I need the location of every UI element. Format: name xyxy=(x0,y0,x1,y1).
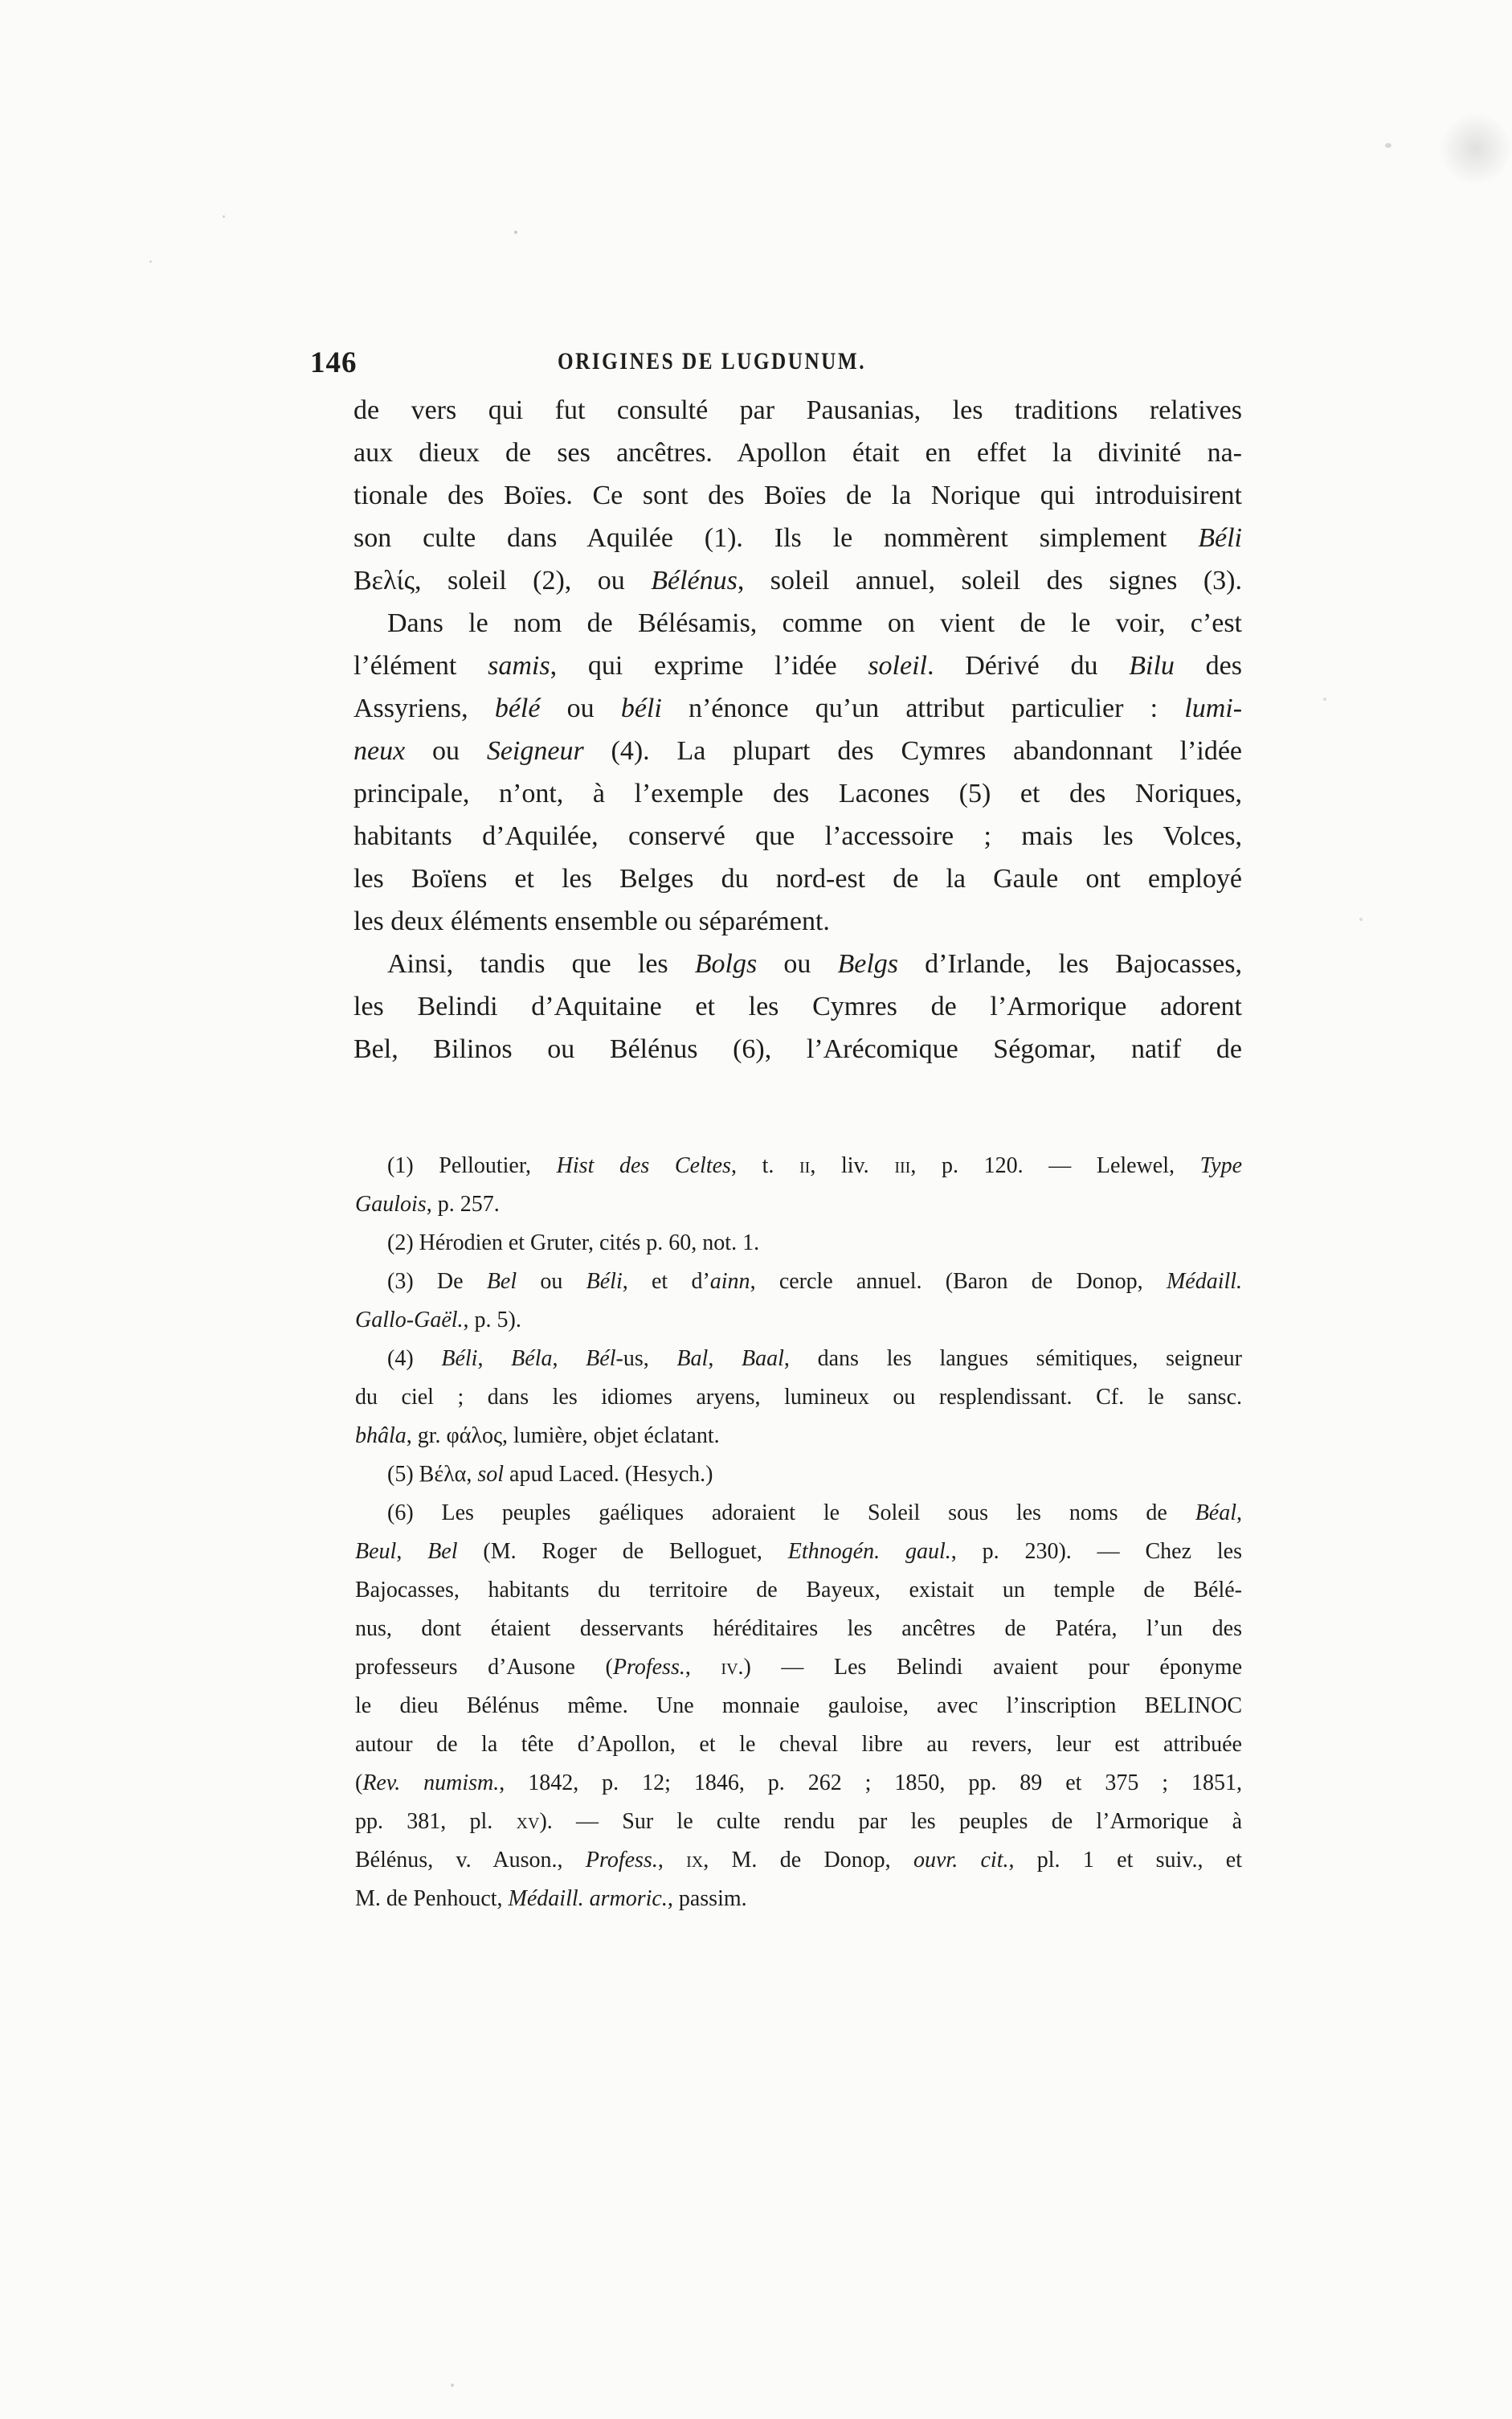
body-text-line: les deux éléments ensemble ou séparément… xyxy=(353,900,1242,943)
footnote-line: (5) Βέλα, sol apud Laced. (Hesych.) xyxy=(355,1455,1242,1494)
footnotes: (1) Pelloutier, Hist des Celtes, t. ii, … xyxy=(355,1147,1242,1918)
body-text-line: neux ou Seigneur (4). La plupart des Cym… xyxy=(353,730,1242,772)
footnote-line: (2) Hérodien et Gruter, cités p. 60, not… xyxy=(355,1224,1242,1263)
body-text-line: Dans le nom de Bélésamis, comme on vient… xyxy=(353,602,1242,645)
page-number: 146 xyxy=(310,346,358,380)
body-text-line: de vers qui fut consulté par Pausanias, … xyxy=(353,389,1242,432)
book-page: 146 ORIGINES DE LUGDUNUM. de vers qui fu… xyxy=(0,0,1512,2419)
body-text-line: Assyriens, bélé ou béli n’énonce qu’un a… xyxy=(353,687,1242,730)
footnote-line: bhâla, gr. φάλος, lumière, objet éclatan… xyxy=(355,1417,1242,1455)
body-text-line: les Boïens et les Belges du nord-est de … xyxy=(353,857,1242,900)
footnote-line: (1) Pelloutier, Hist des Celtes, t. ii, … xyxy=(355,1147,1242,1185)
scan-speck xyxy=(223,215,225,218)
body-text-line: habitants d’Aquilée, conservé que l’acce… xyxy=(353,815,1242,857)
scan-speck xyxy=(149,260,152,263)
footnote-line: Bélénus, v. Auson., Profess., ix, M. de … xyxy=(355,1841,1242,1880)
body-text-line: tionale des Boïes. Ce sont des Boïes de … xyxy=(353,474,1242,517)
footnote-line: professeurs d’Ausone (Profess., iv.) — L… xyxy=(355,1648,1242,1687)
body-text-line: l’élément samis, qui exprime l’idée sole… xyxy=(353,645,1242,687)
footnote-line: nus, dont étaient desservants héréditair… xyxy=(355,1610,1242,1648)
body-text-line: son culte dans Aquilée (1). Ils le nommè… xyxy=(353,517,1242,559)
footnote-line: (4) Béli, Béla, Bél-us, Bal, Baal, dans … xyxy=(355,1340,1242,1378)
body-text-line: aux dieux de ses ancêtres. Apollon était… xyxy=(353,432,1242,474)
footnote-line: le dieu Bélénus même. Une monnaie gauloi… xyxy=(355,1687,1242,1725)
scan-speck xyxy=(451,2384,454,2387)
scan-shade xyxy=(1440,113,1512,185)
footnote-line: du ciel ; dans les idiomes aryens, lumin… xyxy=(355,1378,1242,1417)
running-title: ORIGINES DE LUGDUNUM. xyxy=(558,348,866,375)
footnote-line: Gallo-Gaël., p. 5). xyxy=(355,1301,1242,1340)
footnote-line: M. de Penhouct, Médaill. armoric., passi… xyxy=(355,1880,1242,1918)
body-text-line: les Belindi d’Aquitaine et les Cymres de… xyxy=(353,985,1242,1028)
body-text-line: Βελίς, soleil (2), ou Bélénus, soleil an… xyxy=(353,559,1242,602)
footnote-line: (6) Les peuples gaéliques adoraient le S… xyxy=(355,1494,1242,1533)
scan-speck xyxy=(1359,918,1363,921)
footnote-line: (3) De Bel ou Béli, et d’ainn, cercle an… xyxy=(355,1263,1242,1301)
footnote-line: Bajocasses, habitants du territoire de B… xyxy=(355,1571,1242,1610)
footnote-line: pp. 381, pl. xv). — Sur le culte rendu p… xyxy=(355,1803,1242,1841)
body-text-line: Bel, Bilinos ou Bélénus (6), l’Arécomiqu… xyxy=(353,1028,1242,1070)
footnote-line: autour de la tête d’Apollon, et le cheva… xyxy=(355,1725,1242,1764)
body-text: de vers qui fut consulté par Pausanias, … xyxy=(353,389,1242,1070)
scan-speck xyxy=(514,231,517,234)
footnote-line: (Rev. numism., 1842, p. 12; 1846, p. 262… xyxy=(355,1764,1242,1803)
scan-speck xyxy=(1385,143,1391,148)
scan-speck xyxy=(1323,698,1326,701)
footnote-line: Gaulois, p. 257. xyxy=(355,1185,1242,1224)
footnote-line: Beul, Bel (M. Roger de Belloguet, Ethnog… xyxy=(355,1533,1242,1571)
body-text-line: principale, n’ont, à l’exemple des Lacon… xyxy=(353,772,1242,815)
body-text-line: Ainsi, tandis que les Bolgs ou Belgs d’I… xyxy=(353,943,1242,985)
